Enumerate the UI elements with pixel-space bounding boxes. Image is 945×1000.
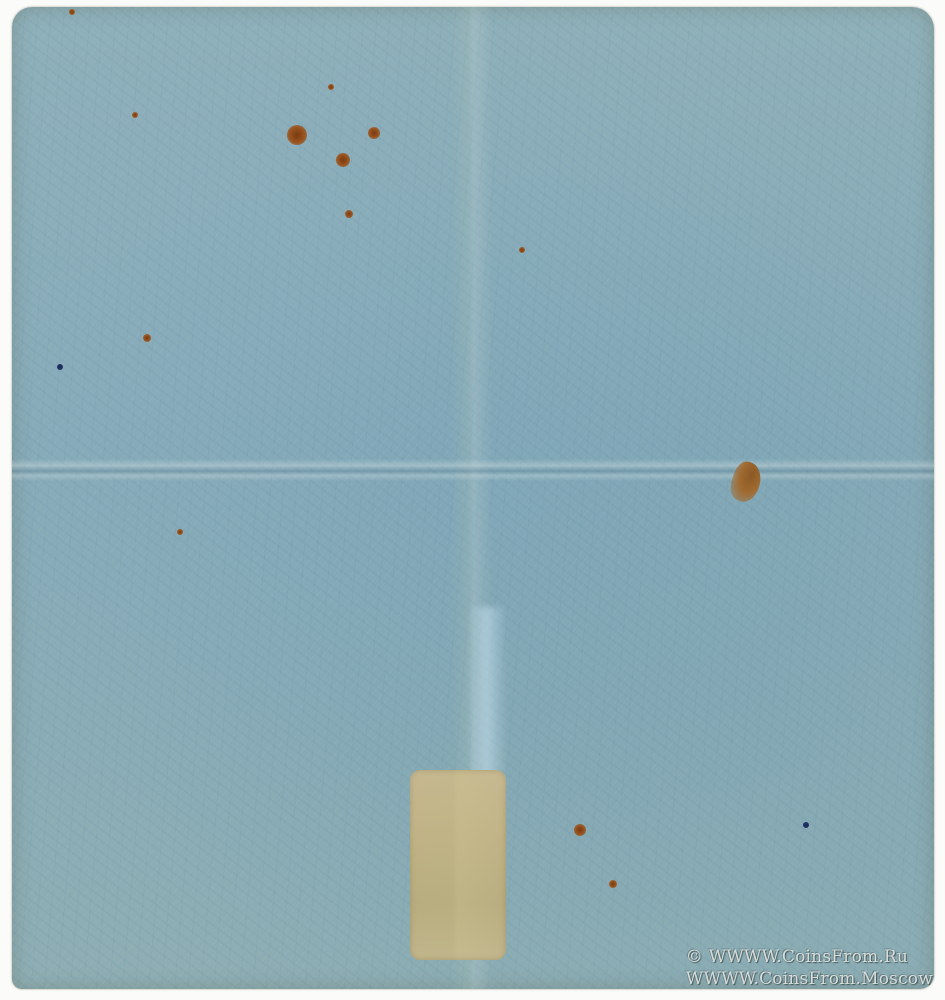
foxing-spot: [69, 9, 75, 15]
photo-stage: © WWWW.CoinsFrom.Ru WWWW.CoinsFrom.Mosco…: [0, 0, 945, 1000]
horizontal-fold-crease: [12, 459, 934, 481]
foxing-spot: [132, 112, 138, 118]
foxing-spot: [287, 125, 307, 145]
tape-repair-patch: [410, 770, 506, 960]
foxing-spot: [143, 334, 151, 342]
watermark: © WWWW.CoinsFrom.Ru WWWW.CoinsFrom.Mosco…: [686, 946, 933, 990]
foxing-spot: [368, 127, 380, 139]
foxing-spot: [336, 153, 350, 167]
foxing-spot: [519, 247, 525, 253]
foxing-spot: [574, 824, 586, 836]
watermark-line-1: © WWWW.CoinsFrom.Ru: [686, 946, 933, 968]
ink-dot: [803, 822, 809, 828]
ink-dot: [57, 364, 63, 370]
worn-fold-highlight: [467, 607, 507, 787]
foxing-spot: [609, 880, 617, 888]
foxing-spot: [177, 529, 183, 535]
watermark-line-2: WWWW.CoinsFrom.Moscow: [686, 968, 933, 990]
foxing-spot: [345, 210, 353, 218]
foxing-spot: [328, 84, 334, 90]
